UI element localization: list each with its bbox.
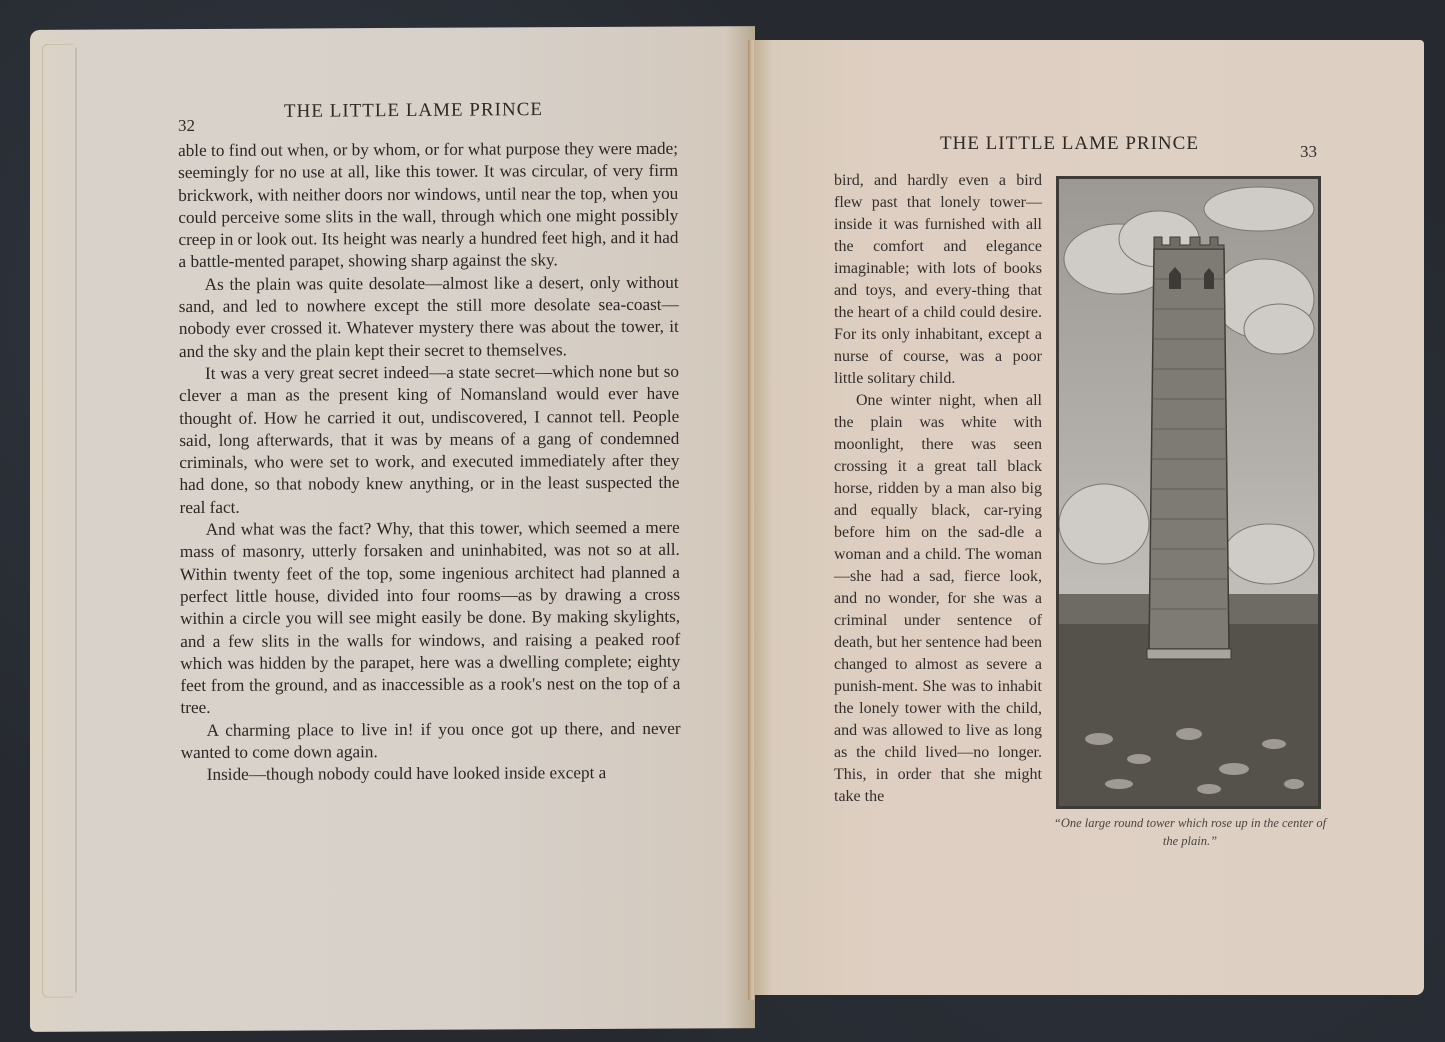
page-edge [42, 44, 73, 998]
page-number-right: 33 [1300, 142, 1317, 162]
running-title-left: THE LITTLE LAME PRINCE [284, 99, 543, 123]
paragraph: As the plain was quite desolate—almost l… [179, 272, 679, 363]
right-page-body: bird, and hardly even a bird flew past t… [834, 170, 1042, 808]
page-number-left: 32 [178, 116, 195, 136]
paragraph: One winter night, when all the plain was… [834, 390, 1042, 808]
left-page-body: able to find out when, or by whom, or fo… [178, 138, 681, 787]
page-edge-line [75, 48, 77, 993]
paragraph: A charming place to live in! if you once… [181, 718, 681, 765]
paragraph: It was a very great secret indeed—a stat… [179, 361, 680, 519]
round-tower-icon [1059, 179, 1318, 806]
running-title-right: THE LITTLE LAME PRINCE [940, 133, 1199, 155]
paragraph: And what was the fact? Why, that this to… [180, 517, 681, 720]
book-gutter [748, 40, 754, 1000]
illustration-caption: “One large round tower which rose up in … [1050, 814, 1330, 850]
paragraph: bird, and hardly even a bird flew past t… [834, 170, 1042, 390]
paragraph: Inside—though nobody could have looked i… [181, 762, 681, 786]
paragraph: able to find out when, or by whom, or fo… [178, 138, 679, 274]
tower-illustration [1056, 176, 1321, 809]
